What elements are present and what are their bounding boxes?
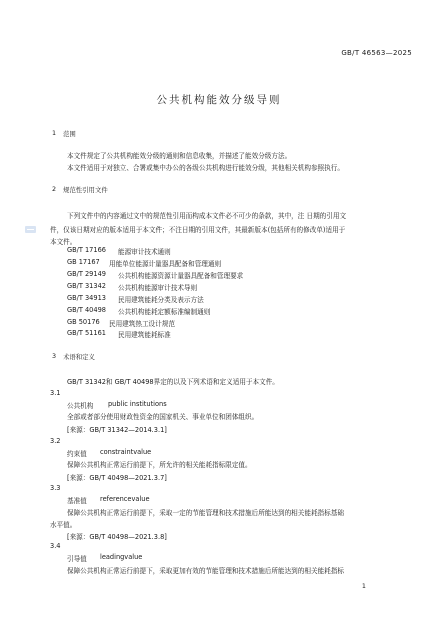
reference-name: 民用建筑能耗标准 (118, 329, 171, 339)
term-definition: 保障公共机构正常运行前提下，采取一定的节能管理和技术措施后所能达到的相关能耗指标… (67, 507, 344, 517)
term-definition: 保障公共机构正常运行前提下，所允许的相关能耗指标限定值。 (67, 459, 252, 469)
side-panel-toggle[interactable] (25, 226, 36, 233)
standard-number: GB/T 46563—2025 (341, 49, 412, 57)
section-1-number: 1 (52, 129, 56, 137)
term-definition: 保障公共机构正常运行前提下，采取更加有效的节能管理和技术措施后所能达到的相关能耗… (67, 565, 344, 575)
term-chinese: 引导值 (67, 553, 87, 563)
reference-name: 公共机构能耗定额标准编制通则 (118, 306, 210, 316)
term-number: 3.2 (50, 437, 61, 445)
reference-code: GB 17167 (67, 258, 100, 266)
reference-code: GB/T 51161 (67, 329, 106, 337)
term-definition: 水平值。 (50, 519, 76, 529)
reference-name: 民用建筑能耗分类及表示方法 (118, 294, 204, 304)
term-chinese: 基准值 (67, 495, 87, 505)
term-chinese: 约束值 (67, 448, 87, 458)
term-number: 3.4 (50, 542, 61, 550)
term-chinese: 公共机构 (67, 400, 93, 410)
reference-name: 用能单位能源计量器具配备和管理通则 (109, 258, 221, 268)
page-number: 1 (362, 582, 366, 590)
reference-code: GB/T 34913 (67, 294, 106, 302)
reference-code: GB/T 29149 (67, 270, 106, 278)
section-2-number: 2 (52, 185, 56, 193)
term-number: 3.1 (50, 389, 61, 397)
term-source: [来源：GB/T 31342—2014.3.1] (67, 424, 167, 434)
reference-code: GB/T 17166 (67, 246, 106, 254)
term-english: referencevalue (100, 495, 150, 503)
term-source: [来源：GB/T 40498—2021.3.8] (67, 531, 167, 541)
reference-code: GB/T 31342 (67, 282, 106, 290)
reference-name: 能源审计技术通则 (118, 246, 171, 256)
section-1-paragraph: 本文件规定了公共机构能效分级的通则和信息收集，并描述了能效分级方法。 (67, 150, 291, 160)
section-2-intro: 下列文件中的内容通过文中的规范性引用而构成本文件必不可少的条款，其中，注 日期的… (67, 210, 346, 220)
reference-code: GB 50176 (67, 318, 100, 326)
term-english: constraintvalue (100, 448, 151, 456)
reference-code: GB/T 40498 (67, 306, 106, 314)
reference-name: 公共机构能源资源计量器具配备和管理要求 (118, 270, 243, 280)
section-3-intro: GB/T 31342和 GB/T 40498界定的以及下列术语和定义适用于本文件… (67, 376, 279, 386)
section-2-intro: 件，仅该日期对应的版本适用于本文件；不注日期的引用文件，其最新版本(包括所有的修… (50, 224, 345, 234)
document-title: 公共机构能效分级导则 (0, 92, 438, 107)
term-english: leadingvalue (100, 553, 142, 561)
section-3-number: 3 (52, 352, 56, 360)
section-2-heading: 规范性引用文件 (63, 185, 108, 194)
section-1-heading: 范围 (63, 129, 76, 138)
section-3-heading: 术语和定义 (63, 352, 95, 361)
reference-name: 民用建筑热工设计规范 (109, 318, 175, 328)
section-1-paragraph: 本文件适用于对独立、合署或集中办公的各级公共机构进行能效分级，其他相关机构参照执… (67, 162, 344, 172)
reference-name: 公共机构能源审计技术导则 (118, 282, 197, 292)
term-definition: 全部或者部分使用财政性资金的国家机关、事业单位和团体组织。 (67, 411, 258, 421)
term-number: 3.3 (50, 484, 61, 492)
term-source: [来源：GB/T 40498—2021.3.7] (67, 472, 167, 482)
section-2-intro: 本文件。 (50, 236, 76, 246)
term-english: public institutions (108, 400, 167, 408)
